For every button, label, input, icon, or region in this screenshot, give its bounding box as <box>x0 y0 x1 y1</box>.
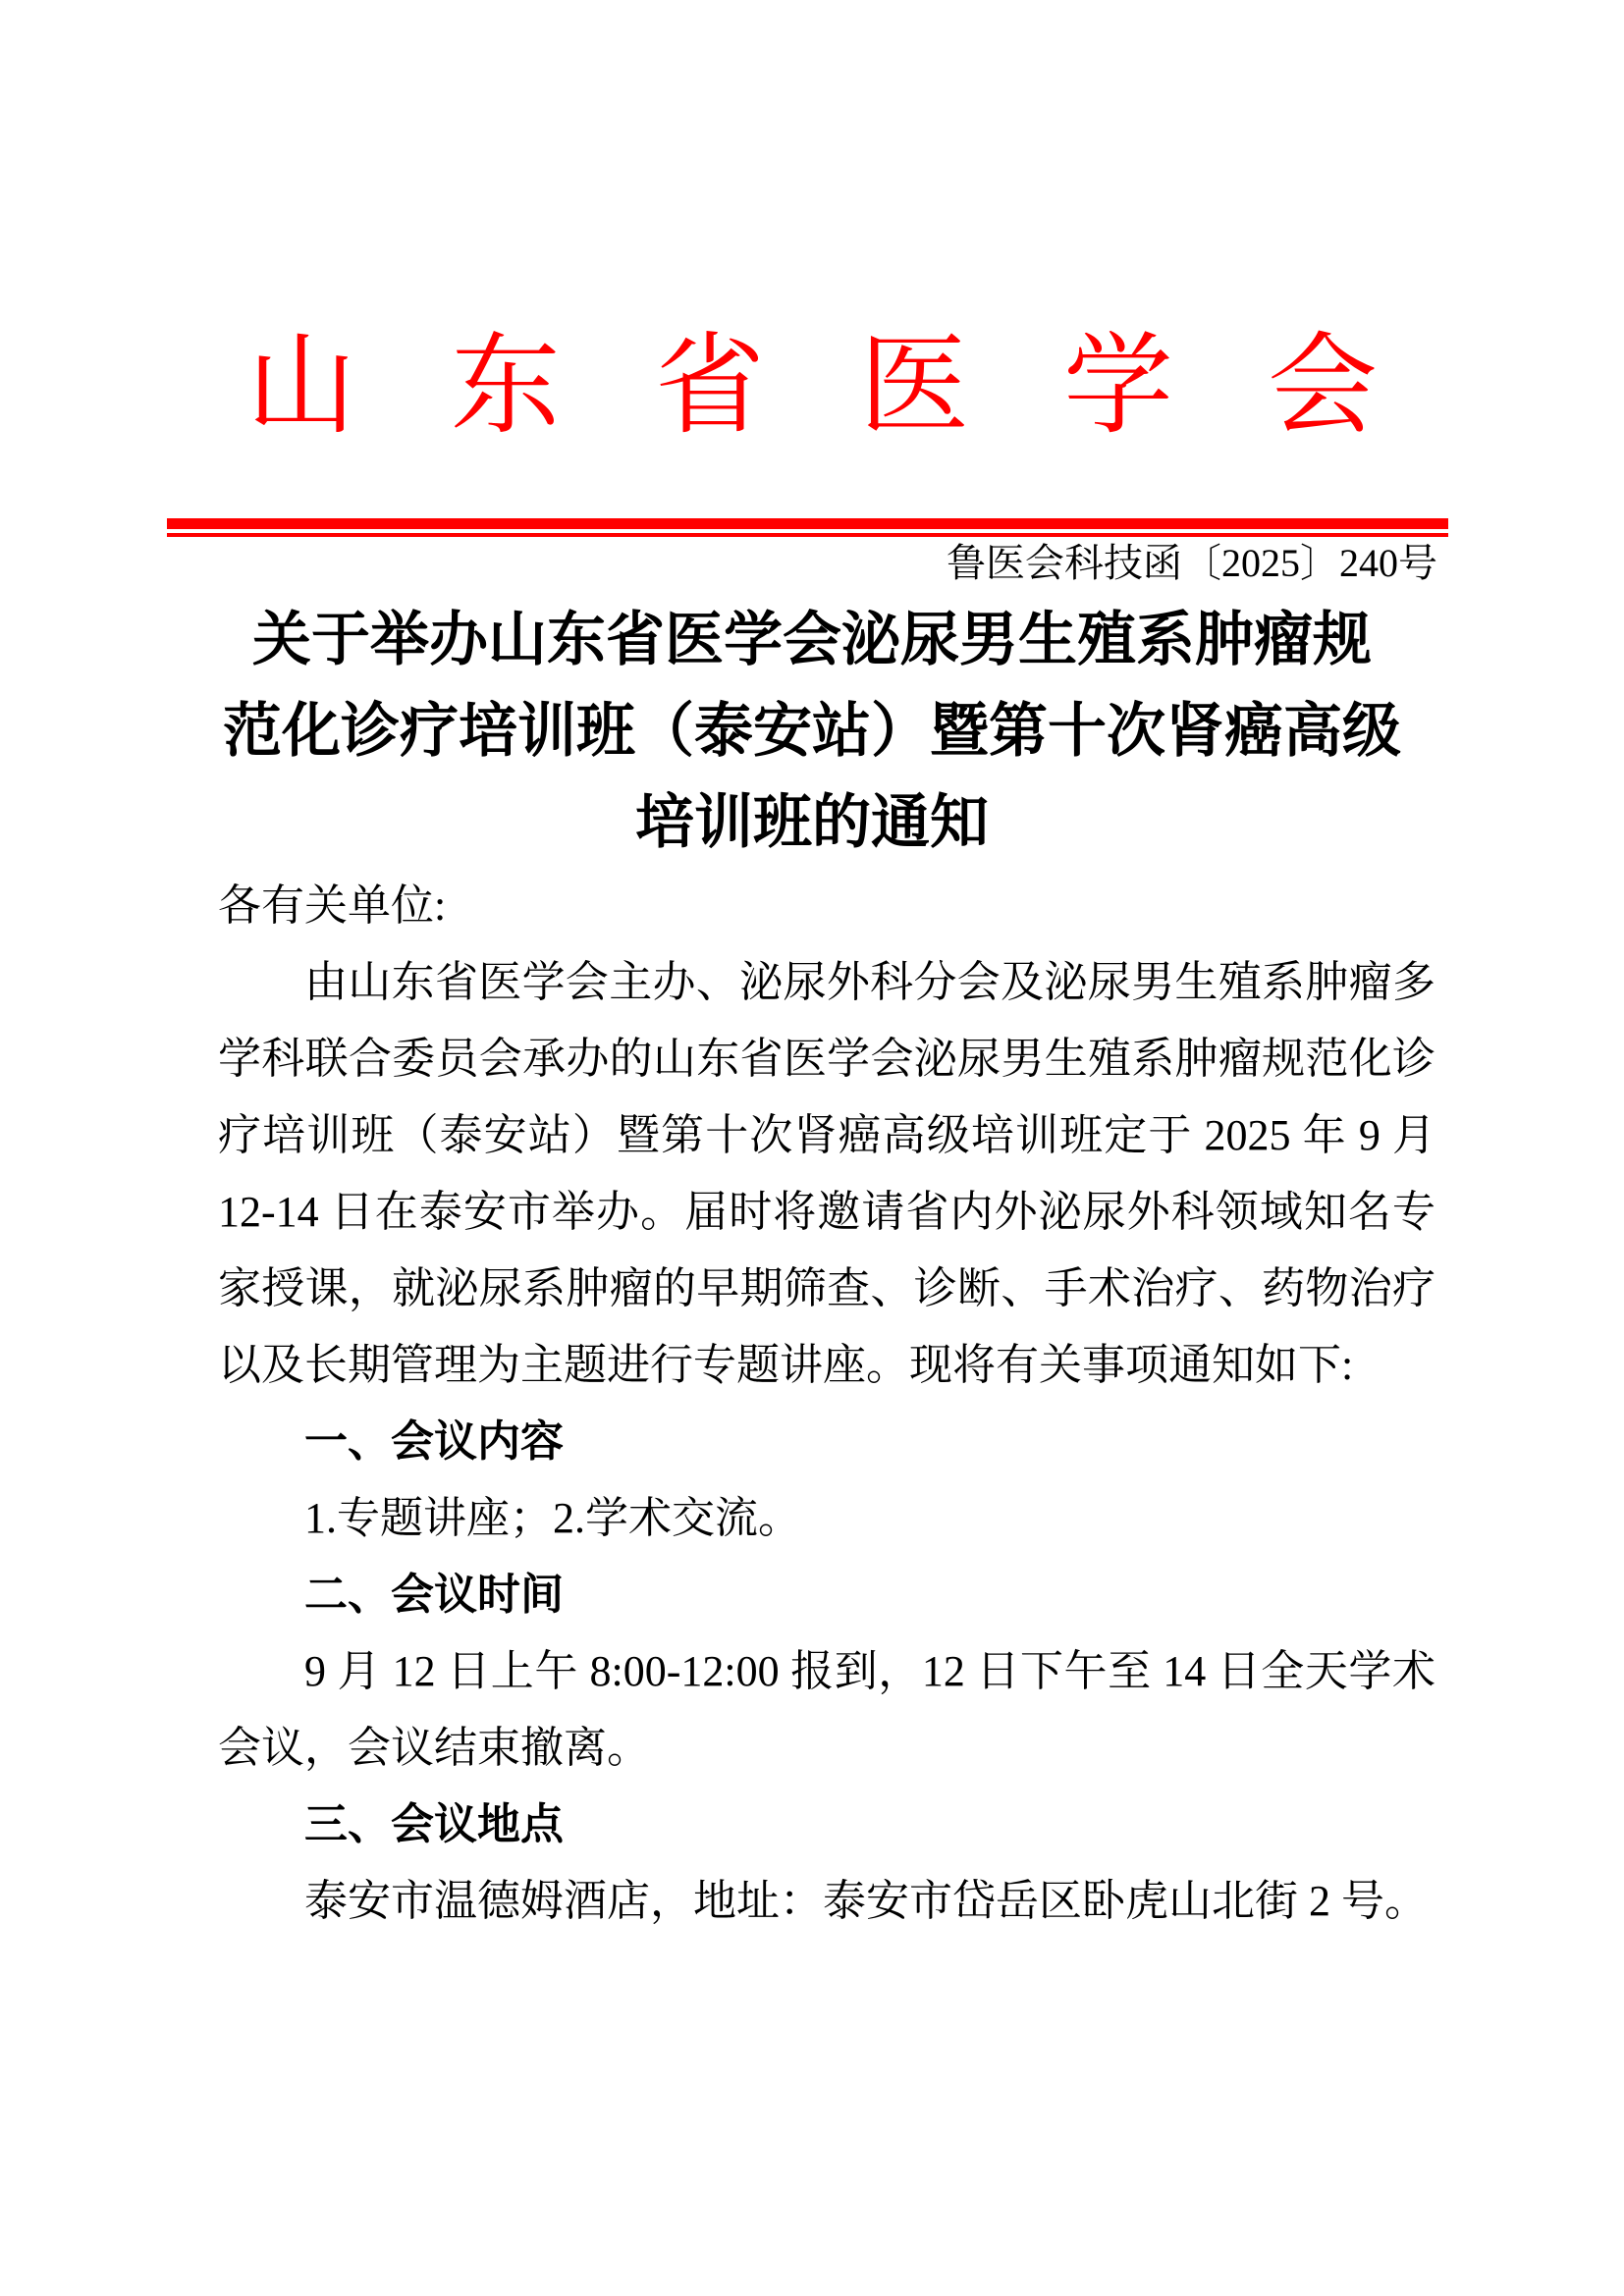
notice-title-line-2: 范化诊疗培训班（泰安站）暨第十次肾癌高级 <box>177 686 1447 777</box>
section-body-meeting-content: 1.专题讲座；2.学术交流。 <box>218 1480 1435 1557</box>
section-heading-meeting-location: 三、会议地点 <box>218 1787 1435 1863</box>
notice-body: 各有关单位: 由山东省医学会主办、泌尿外科分会及泌尿男生殖系肿瘤多学科联合委员会… <box>218 868 1435 1940</box>
notice-document-page: 山东省医学会 鲁医会科技函〔2025〕240号 关于举办山东省医学会泌尿男生殖系… <box>0 0 1624 2296</box>
notice-title: 关于举办山东省医学会泌尿男生殖系肿瘤规 范化诊疗培训班（泰安站）暨第十次肾癌高级… <box>177 595 1447 869</box>
letterhead-divider-rule <box>167 518 1448 537</box>
letterhead-org-name: 山东省医学会 <box>0 316 1624 459</box>
salutation: 各有关单位: <box>218 868 1435 944</box>
section-body-meeting-time: 9 月 12 日上午 8:00-12:00 报到，12 日下午至 14 日全天学… <box>218 1633 1435 1787</box>
notice-title-line-1: 关于举办山东省医学会泌尿男生殖系肿瘤规 <box>177 595 1447 686</box>
section-heading-meeting-time: 二、会议时间 <box>218 1557 1435 1633</box>
section-heading-meeting-content: 一、会议内容 <box>218 1404 1435 1480</box>
document-number: 鲁医会科技函〔2025〕240号 <box>947 542 1437 585</box>
notice-title-line-3: 培训班的通知 <box>177 777 1447 869</box>
section-body-meeting-location: 泰安市温德姆酒店，地址：泰安市岱岳区卧虎山北街 2 号。 <box>218 1863 1435 1940</box>
intro-paragraph: 由山东省医学会主办、泌尿外科分会及泌尿男生殖系肿瘤多学科联合委员会承办的山东省医… <box>218 944 1435 1404</box>
